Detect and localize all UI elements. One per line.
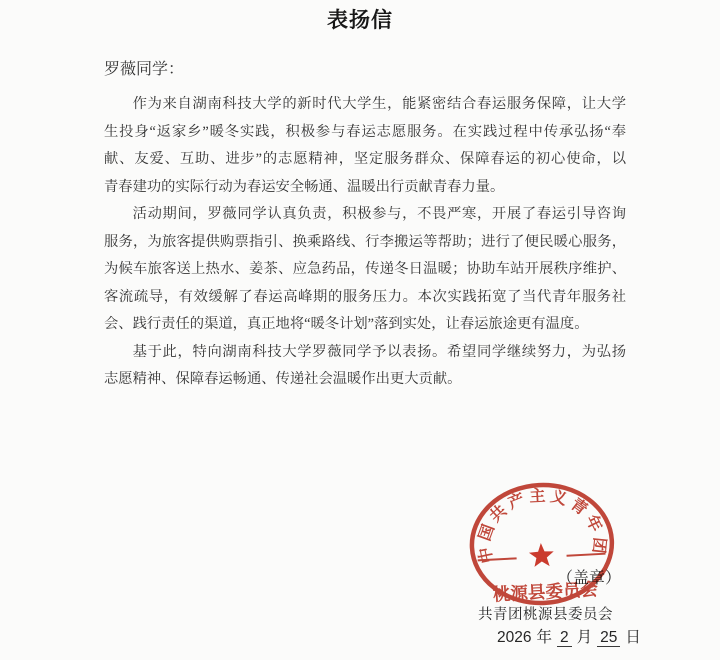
paragraph-3-line: 志愿精神、保障春运畅通、传递社会温暖作出更大贡献。 — [104, 366, 626, 394]
star-icon — [528, 542, 554, 567]
paragraph-1-line: 作为来自湖南科技大学的新时代大学生，能紧密结合春运服务保障，让大学 — [104, 91, 626, 119]
date-year: 2026 — [497, 629, 531, 646]
paragraph-1-line: 献、友爱、互助、进步”的志愿精神，坚定服务群众、保障春运的初心使命，以 — [104, 146, 626, 174]
letter-body: 作为来自湖南科技大学的新时代大学生，能紧密结合春运服务保障，让大学 生投身“返家… — [104, 91, 626, 394]
paragraph-1-line: 生投身“返家乡”暖冬实践，积极参与春运志愿服务。在实践过程中传承弘扬“奉 — [104, 119, 626, 147]
date-day: 25 — [597, 629, 620, 647]
date-line: 2026年2月25日 — [497, 628, 641, 648]
paragraph-3-line: 基于此，特向湖南科技大学罗薇同学予以表扬。希望同学继续努力，为弘扬 — [104, 339, 626, 367]
official-red-seal: 中国共产主义青年团 桃源县委员会 — [462, 472, 621, 620]
paragraph-1-line: 青春建功的实际行动为春运安全畅通、温暖出行贡献青春力量。 — [104, 174, 626, 202]
date-day-unit: 日 — [625, 629, 641, 646]
letter-title: 表扬信 — [0, 8, 720, 34]
paragraph-2-line: 为候车旅客送上热水、姜茶、应急药品，传递冬日温暖；协助车站开展秩序维护、 — [104, 256, 626, 284]
paragraph-2-line: 活动期间，罗薇同学认真负责，积极参与，不畏严寒，开展了春运引导咨询 — [104, 201, 626, 229]
paragraph-2-line: 服务，为旅客提供购票指引、换乘路线、行李搬运等帮助；进行了便民暖心服务， — [104, 229, 626, 257]
seal-committee-text: 桃源县委员会 — [492, 579, 598, 604]
paragraph-2-line: 客流疏导，有效缓解了春运高峰期的服务压力。本次实践拓宽了当代青年服务社 — [104, 284, 626, 312]
salutation: 罗薇同学： — [104, 60, 184, 80]
date-year-unit: 年 — [536, 629, 552, 646]
commendation-letter-page: 表扬信 罗薇同学： 作为来自湖南科技大学的新时代大学生，能紧密结合春运服务保障，… — [0, 0, 720, 660]
date-month: 2 — [557, 629, 572, 647]
paragraph-2-line: 会、践行责任的渠道，真正地将“暖冬计划”落到实处，让春运旅途更有温度。 — [104, 311, 626, 339]
date-month-unit: 月 — [577, 629, 593, 646]
